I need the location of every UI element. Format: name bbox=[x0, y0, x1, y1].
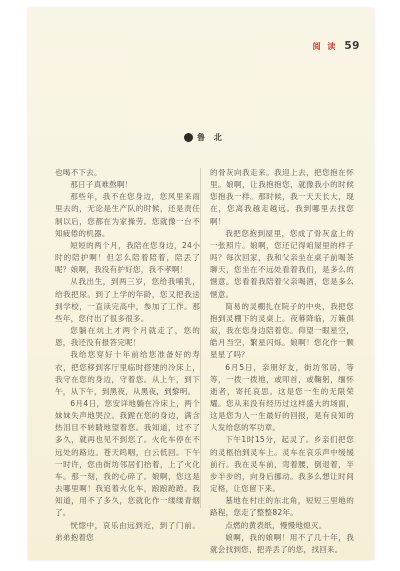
paragraph: 短短的两个月，我陪在您身边，24小时的陪护啊！但怎么陪着陪着，陪丢了呢？娘啊，我… bbox=[55, 240, 200, 276]
right-column: 的骨灰向我走来。我迎上去，把您抱在怀里。娘啊，让我抱抱您，就像我小的时候您抱我一… bbox=[210, 167, 354, 556]
page-number: 59 bbox=[344, 40, 360, 52]
paragraph: 点燃的黄表纸，慢慢地熄灭。 bbox=[210, 520, 354, 532]
page-header: 阅 读 59 bbox=[313, 40, 360, 52]
paragraph: 恍惚中，哀乐由远到近，到了门前。弟弟抱着您 bbox=[55, 520, 200, 544]
paragraph: 简易的灵棚扎在院子的中央，我把您抱到灵棚下的灵桌上。夜幕降临，万籁俱寂，我在您身… bbox=[210, 301, 354, 362]
paragraph: 那日子真难熬啊！ bbox=[55, 179, 200, 191]
paragraph: 墓地在村庄的东北角，短短三里地的路程，您走了整整82年。 bbox=[210, 495, 354, 519]
paragraph: 下午1时15分，起灵了。乡亲们把您的灵柩抬到灵车上。灵车在哀乐声中缓缓前行。我在… bbox=[210, 434, 354, 495]
byline: 鲁 北 bbox=[184, 132, 225, 143]
column-divider bbox=[200, 168, 201, 508]
author-mark-icon bbox=[184, 133, 193, 142]
paragraph: 娘啊，我的娘啊！用不了几十年，我就会找到您，把弄丢了的您，找回来。 bbox=[210, 532, 354, 556]
left-column: 也喝不下去。 那日子真难熬啊！ 那些年，我不在您身边，您风里来雨里去的，无论是生… bbox=[55, 167, 200, 544]
paragraph: 的骨灰向我走来。我迎上去，把您抱在怀里。娘啊，让我抱抱您，就像我小的时候您抱我一… bbox=[210, 167, 354, 228]
paragraph: 6月5日，亲朋好友，街坊邻居，等等，一拨一拨地，或叩首，或鞠躬，缅怀逝者，寄托哀… bbox=[210, 362, 354, 435]
paragraph: 6月4日，您安详地躺在冷床上，两个妹妹失声地哭泣。我跪在您的身边，满含热泪目不转… bbox=[55, 398, 200, 520]
paragraph: 我给您穿好十年前给您准备好的寿衣，把您移到客厅里临时搭建的冷床上，我守在您的身边… bbox=[55, 349, 200, 398]
author-name: 鲁 北 bbox=[197, 132, 225, 143]
paragraph: 从我出生，到两三岁，您给我哺乳，给我把尿。到了上学的年龄，您又把我送到学校，一直… bbox=[55, 276, 200, 325]
paragraph: 那些年，我不在您身边，您风里来雨里去的，无论是生产队的时候，还是责任制以后，您都… bbox=[55, 191, 200, 240]
section-label: 阅 读 bbox=[313, 41, 338, 52]
paragraph: 您躺在炕上才两个月就走了，您的恩，我还没有报答完呢！ bbox=[55, 325, 200, 349]
page-background: 阅 读 59 鲁 北 也喝不下去。 那日子真难熬啊！ 那些年，我不在您身边，您风… bbox=[28, 8, 374, 560]
magazine-page: 阅 读 59 鲁 北 也喝不下去。 那日子真难熬啊！ 那些年，我不在您身边，您风… bbox=[0, 0, 400, 571]
paragraph: 我把您抱到屋里，您成了骨灰盒上的一张照片。娘啊，您还记得咱屋里的样子吗？每次回家… bbox=[210, 228, 354, 301]
paragraph: 也喝不下去。 bbox=[55, 167, 200, 179]
